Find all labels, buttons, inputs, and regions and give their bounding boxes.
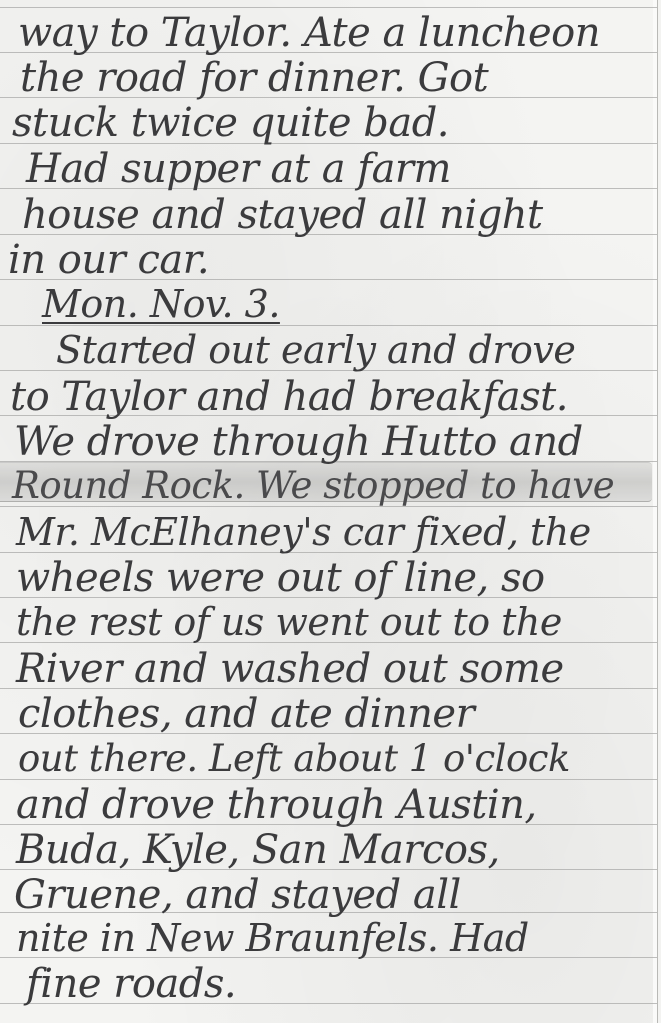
handwritten-line: in our car. [8,237,209,283]
handwritten-line: nite in New Braunfels. Had [16,916,529,962]
handwritten-line: River and washed out some [16,646,564,692]
ruled-line [0,7,657,8]
date-heading: Mon. Nov. 3. [42,282,280,328]
handwritten-line: house and stayed all night [22,192,543,238]
handwritten-line: out there. Left about 1 o'clock [18,737,570,783]
handwritten-line: Gruene, and stayed all [14,872,461,918]
handwritten-line: wheels were out of line, so [16,555,545,601]
handwritten-line: Started out early and drove [56,328,575,374]
handwritten-line: Mr. McElhaney's car fixed, the [16,510,591,556]
handwritten-line: We drove through Hutto and [14,419,583,465]
handwritten-line: way to Taylor. Ate a luncheon [18,10,600,56]
handwritten-line: Had supper at a farm [26,146,451,192]
handwritten-line: to Taylor and had breakfast. [10,374,568,420]
handwritten-line: Round Rock. We stopped to have [12,464,614,510]
diary-page: way to Taylor. Ate a luncheon the road f… [0,0,658,1023]
handwritten-line: fine roads. [26,961,236,1007]
handwritten-line: Buda, Kyle, San Marcos, [16,827,500,873]
handwritten-line: clothes, and ate dinner [18,691,474,737]
handwritten-line: the rest of us went out to the [16,600,562,646]
handwritten-line: stuck twice quite bad. [12,100,449,146]
handwritten-line: and drove through Austin, [16,782,537,828]
handwritten-line: the road for dinner. Got [20,55,488,101]
